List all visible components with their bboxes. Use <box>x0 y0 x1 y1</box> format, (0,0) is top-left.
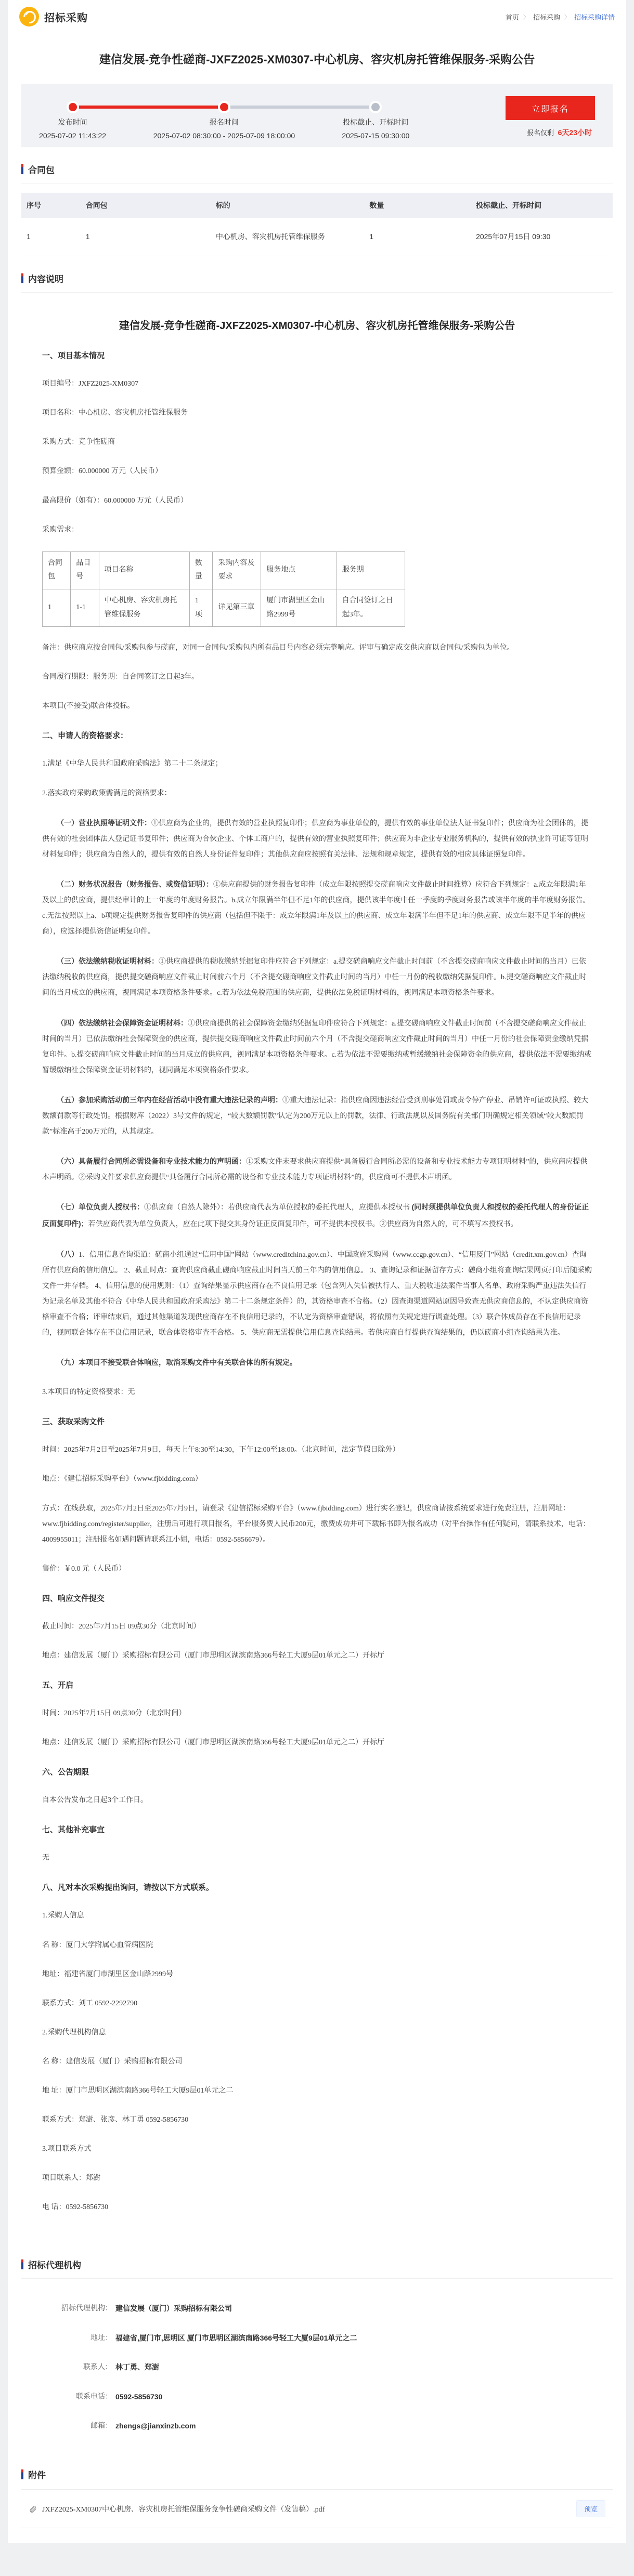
doc-paragraph: 名 称：厦门大学附属心血管病医院 <box>42 1938 592 1953</box>
timeline-step-signup: 报名时间 2025-07-02 08:30:00 - 2025-07-09 18… <box>153 117 295 140</box>
doc-text-segment: 时间：2025年7月15日 09点30分（北京时间） <box>42 1710 186 1717</box>
doc-text-segment: 本项目(不接受)联合体投标。 <box>42 702 134 710</box>
timeline-step-label: 投标截止、开标时间 <box>342 117 409 127</box>
doc-paragraph: 方式：在线获取，2025年7月2日至2025年7月9日，请登录《建信招标采购平台… <box>42 1501 592 1548</box>
timeline-dot-publish <box>69 103 77 111</box>
section-content: 内容说明 建信发展-竞争性磋商-JXFZ2025-XM0307-中心机房、容灾机… <box>21 256 613 2242</box>
doc-text-segment: 无 <box>42 1854 49 1862</box>
doc-table: 合同包品目号项目名称数量采购内容及要求服务地点服务期11-1中心机房、容灾机房托… <box>42 551 405 627</box>
agency-row: 邮箱：zhengs@jianxinzb.com <box>21 2420 613 2432</box>
timeline-step-publish: 发布时间 2025-07-02 11:43:22 <box>39 117 106 140</box>
doc-text-segment: 最高限价（如有）：60.000000 万元（人民币） <box>42 497 188 505</box>
doc-text-segment: （一）营业执照等证明文件： <box>57 819 151 827</box>
doc-text-segment: ；若供应商代表为单位负责人，应在此项下提交其身份证正反面复印件，可不提供本授权书… <box>81 1220 518 1228</box>
content-section-title: 内容说明 <box>21 272 613 285</box>
doc-text-segment: ①供应商（自然人除外）：若供应商代表为单位授权的委托代理人，应提供本授权书 <box>144 1204 412 1212</box>
agency-row: 联系人：林丁勇、郑澍 <box>21 2361 613 2373</box>
doc-paragraph: （五）参加采购活动前三年内在经营活动中没有重大违法记录的声明：①重大违法记录：指… <box>42 1092 592 1140</box>
doc-text-segment: ①供应商提供的财务报告复印件（成立年限按照提交磋商响应文件截止时间推算）应符合下… <box>42 881 590 936</box>
doc-table-cell: 中心机房、容灾机房托管维保服务 <box>99 589 189 626</box>
breadcrumb-item-bidding[interactable]: 招标采购 <box>533 12 560 22</box>
section-label: 合同包 <box>28 163 55 176</box>
doc-text-segment: 合同履行期限：服务期：自合同签订之日起3年。 <box>42 673 199 681</box>
doc-text-segment: 项目联系人：郑澍 <box>42 2174 100 2182</box>
contract-table: 序号合同包标的数量投标截止、开标时间 11中心机房、容灾机房托管维保服务1202… <box>21 193 613 256</box>
attachment-row: JXFZ2025-XM0307中心机房、容灾机房托管维保服务竞争性磋商采购文件（… <box>21 2489 613 2528</box>
doc-paragraph: （四）依法缴纳社会保障资金证明材料：①供应商提供的社会保障资金缴纳凭据复印件应符… <box>42 1015 592 1079</box>
contract-table-header-cell: 标的 <box>211 193 365 218</box>
doc-text-segment: （八） <box>57 1250 79 1258</box>
doc-paragraph: 最高限价（如有）：60.000000 万元（人民币） <box>42 493 592 509</box>
doc-text-segment: 备注：供应商应按合同包/采购包参与磋商，对同一合同包/采购包内所有品目号内容必须… <box>42 644 514 652</box>
section-bar-icon <box>21 2259 23 2269</box>
contract-table-header-cell: 合同包 <box>81 193 211 218</box>
doc-paragraph: （七）单位负责人授权书：①供应商（自然人除外）：若供应商代表为单位授权的委托代理… <box>42 1199 592 1232</box>
timeline-track: 发布时间 2025-07-02 11:43:22 报名时间 2025-07-02… <box>37 84 483 147</box>
document-title: 建信发展-竞争性磋商-JXFZ2025-XM0307-中心机房、容灾机房托管维保… <box>42 318 592 334</box>
doc-paragraph: 备注：供应商应按合同包/采购包参与磋商，对同一合同包/采购包内所有品目号内容必须… <box>42 640 592 656</box>
doc-table-cell: 1-1 <box>71 589 99 626</box>
doc-paragraph: 地址：福建省厦门市湖里区金山路2999号 <box>42 1967 592 1982</box>
doc-text-segment: 项目编号：JXFZ2025-XM0307 <box>42 380 138 388</box>
doc-paragraph: （六）具备履行合同所必需设备和专业技术能力的声明函：①采购文件未要求供应商提供“… <box>42 1153 592 1186</box>
signup-remaining: 报名仅剩 6天23小时 <box>527 127 592 138</box>
doc-paragraph: 2.采购代理机构信息 <box>42 2025 592 2041</box>
contract-table-row: 11中心机房、容灾机房托管维保服务12025年07月15日 09:30 <box>21 218 613 256</box>
doc-text-segment: 联系方式：刘工 0592-2292790 <box>42 2000 137 2007</box>
agency-row: 地址：福建省,厦门市,思明区 厦门市思明区湖滨南路366号轻工大厦9层01单元之… <box>21 2332 613 2344</box>
doc-table-header-cell: 品目号 <box>71 551 99 589</box>
doc-text-segment: （六）具备履行合同所必需设备和专业技术能力的声明函： <box>57 1157 246 1165</box>
doc-paragraph: 3.项目联系方式 <box>42 2141 592 2157</box>
contract-table-cell: 中心机房、容灾机房托管维保服务 <box>211 218 365 256</box>
doc-text-segment: 1.满足《中华人民共和国政府采购法》第二十二条规定； <box>42 760 223 768</box>
doc-table-header-cell: 服务地点 <box>261 551 337 589</box>
doc-heading: 五、开启 <box>42 1679 592 1690</box>
agency-row-label: 地址： <box>21 2332 112 2344</box>
doc-paragraph: 地 址：厦门市思明区湖滨南路366号轻工大厦9层01单元之二 <box>42 2083 592 2099</box>
doc-heading: 七、其他补充事宜 <box>42 1824 592 1835</box>
doc-text-segment: 方式：在线获取，2025年7月2日至2025年7月9日，请登录《建信招标采购平台… <box>42 1505 590 1544</box>
doc-text-segment: 名 称：建信发展（厦门）采购招标有限公司 <box>42 2058 183 2066</box>
doc-table-header-cell: 服务期 <box>337 551 405 589</box>
section-bar-icon <box>21 2469 23 2479</box>
timeline-step-time: 2025-07-02 08:30:00 - 2025-07-09 18:00:0… <box>153 132 295 140</box>
breadcrumb-separator: 〉 <box>564 12 570 21</box>
agency-rows: 招标代理机构：建信发展（厦门）采购招标有限公司地址：福建省,厦门市,思明区 厦门… <box>21 2279 613 2452</box>
contract-table-cell: 1 <box>21 218 81 256</box>
doc-heading: 二、申请人的资格要求： <box>42 730 592 741</box>
section-agency: 招标代理机构 招标代理机构：建信发展（厦门）采购招标有限公司地址：福建省,厦门市… <box>21 2242 613 2452</box>
contract-table-header-cell: 投标截止、开标时间 <box>471 193 613 218</box>
doc-paragraph: 联系方式：刘工 0592-2292790 <box>42 1996 592 2012</box>
doc-paragraph: 合同履行期限：服务期：自合同签订之日起3年。 <box>42 669 592 685</box>
section-bar-icon <box>21 273 23 283</box>
doc-text-segment: 自本公告发布之日起3个工作日。 <box>42 1796 148 1804</box>
timeline-dot-signup <box>220 103 228 111</box>
attachment-section-title: 附件 <box>21 2468 613 2481</box>
agency-row-value: 林丁勇、郑澍 <box>115 2361 159 2373</box>
doc-paragraph: （三）依法缴纳税收证明材料：①供应商提供的税收缴纳凭据复印件应符合下列规定：a.… <box>42 953 592 1001</box>
doc-paragraph: （八）1、信用信息查询渠道：磋商小组通过“信用中国”网站（www.creditc… <box>42 1246 592 1342</box>
timeline-dot-open <box>371 103 380 111</box>
doc-text-segment: 地点：建信发展（厦门）采购招标有限公司（厦门市思明区湖滨南路366号轻工大厦9层… <box>42 1739 384 1746</box>
doc-text-segment: （四）依法缴纳社会保障资金证明材料： <box>57 1019 188 1027</box>
timeline-segment-inactive <box>224 106 376 109</box>
doc-paragraph: 项目名称：中心机房、容灾机房托管维保服务 <box>42 405 592 421</box>
agency-row: 招标代理机构：建信发展（厦门）采购招标有限公司 <box>21 2303 613 2314</box>
contract-table-cell: 1 <box>81 218 211 256</box>
doc-table-header-row: 合同包品目号项目名称数量采购内容及要求服务地点服务期 <box>43 551 405 589</box>
timeline-step-label: 发布时间 <box>39 117 106 127</box>
doc-text-segment: （三）依法缴纳税收证明材料： <box>57 957 159 965</box>
section-bar-icon <box>21 164 23 174</box>
agency-row-value: zhengs@jianxinzb.com <box>115 2420 196 2432</box>
contract-table-cell: 1 <box>364 218 471 256</box>
signup-remaining-label: 报名仅剩 <box>527 129 554 137</box>
doc-text-segment: ①供应商提供的社会保障资金缴纳凭据复印件应符合下列规定：a.提交磋商响应文件截止… <box>42 1020 591 1074</box>
header-brand: 招标采购 <box>19 7 88 27</box>
breadcrumb-item-home[interactable]: 首页 <box>506 12 519 22</box>
signup-remaining-value: 6天23小时 <box>558 128 592 137</box>
agency-section-title: 招标代理机构 <box>21 2258 613 2271</box>
doc-paragraph: 电 话：0592-5856730 <box>42 2200 592 2215</box>
contract-table-body: 11中心机房、容灾机房托管维保服务12025年07月15日 09:30 <box>21 218 613 256</box>
doc-paragraph: （九）本项目不接受联合体响应，取消采购文件中有关联合体的所有规定。 <box>42 1355 592 1371</box>
doc-text-segment: 2.采购代理机构信息 <box>42 2029 106 2036</box>
site-logo-text: 招标采购 <box>44 9 88 24</box>
document-body: 建信发展-竞争性磋商-JXFZ2025-XM0307-中心机房、容灾机房托管维保… <box>21 293 613 2242</box>
timeline-panel: 发布时间 2025-07-02 11:43:22 报名时间 2025-07-02… <box>21 84 613 147</box>
page-header: 招标采购 首页 〉 招标采购 〉 招标采购详情 <box>8 0 626 33</box>
doc-table-cell: 详见第三章 <box>213 589 261 626</box>
doc-table-header-cell: 数量 <box>189 551 213 589</box>
doc-paragraph: 时间：2025年7月2日至2025年7月9日，每天上午8:30至14:30，下午… <box>42 1442 592 1458</box>
contract-section-title: 合同包 <box>21 163 613 176</box>
doc-heading: 三、获取采购文件 <box>42 1416 592 1427</box>
breadcrumb-item-detail: 招标采购详情 <box>574 12 615 22</box>
contract-table-header-cell: 数量 <box>364 193 471 218</box>
breadcrumb: 首页 〉 招标采购 〉 招标采购详情 <box>506 12 615 22</box>
doc-paragraph: 名 称：建信发展（厦门）采购招标有限公司 <box>42 2054 592 2070</box>
doc-paragraph: 采购需求： <box>42 522 592 538</box>
doc-paragraph: 截止时间：2025年7月15日 09点30分（北京时间） <box>42 1619 592 1635</box>
doc-text-segment: （七）单位负责人授权书： <box>57 1203 144 1211</box>
doc-paragraph: 预算金额：60.000000 万元（人民币） <box>42 464 592 479</box>
section-attachment: 附件 JXFZ2025-XM0307中心机房、容灾机房托管维保服务竞争性磋商采购… <box>21 2452 613 2528</box>
doc-text-segment: 预算金额：60.000000 万元（人民币） <box>42 467 162 475</box>
timeline-step-time: 2025-07-15 09:30:00 <box>342 132 409 140</box>
divider <box>21 183 613 183</box>
doc-table-header-cell: 合同包 <box>43 551 71 589</box>
doc-paragraph: 1.采购人信息 <box>42 1908 592 1924</box>
agency-row-label: 联系人： <box>21 2361 112 2373</box>
doc-table-header-cell: 采购内容及要求 <box>213 551 261 589</box>
doc-paragraph: 地点：建信发展（厦门）采购招标有限公司（厦门市思明区湖滨南路366号轻工大厦9层… <box>42 1735 592 1751</box>
doc-text-segment: 采购方式：竞争性磋商 <box>42 438 115 446</box>
agency-row-value: 0592-5856730 <box>115 2391 162 2402</box>
section-label: 附件 <box>28 2468 46 2481</box>
doc-table-row: 11-1中心机房、容灾机房托管维保服务1 项详见第三章厦门市湖里区金山路2999… <box>43 589 405 626</box>
timeline-step-open: 投标截止、开标时间 2025-07-15 09:30:00 <box>342 117 409 140</box>
paperclip-icon <box>29 2505 37 2513</box>
doc-paragraph: 时间：2025年7月15日 09点30分（北京时间） <box>42 1706 592 1721</box>
contract-table-cell: 2025年07月15日 09:30 <box>471 218 613 256</box>
site-logo-icon[interactable] <box>19 7 39 27</box>
doc-text-segment: 3.本项目的特定资格要求：无 <box>42 1388 135 1396</box>
signup-button[interactable]: 立即报名 <box>506 96 595 120</box>
doc-paragraph: 采购方式：竞争性磋商 <box>42 435 592 450</box>
doc-text-segment: 采购需求： <box>42 526 79 534</box>
doc-text-segment: 售价：￥0.0 元（人民币） <box>42 1565 126 1573</box>
agency-row-value: 建信发展（厦门）采购招标有限公司 <box>115 2303 232 2314</box>
doc-paragraph: 地点：《建信招标采购平台》（www.fjbidding.com） <box>42 1471 592 1487</box>
doc-text-segment: 地址：福建省厦门市湖里区金山路2999号 <box>42 1970 173 1978</box>
doc-text-segment: 1.采购人信息 <box>42 1912 84 1920</box>
doc-paragraph: 自本公告发布之日起3个工作日。 <box>42 1793 592 1808</box>
doc-heading: 一、项目基本情况 <box>42 350 592 361</box>
doc-heading: 四、响应文件提交 <box>42 1593 592 1604</box>
page-title: 建信发展-竞争性磋商-JXFZ2025-XM0307-中心机房、容灾机房托管维保… <box>39 51 595 68</box>
contract-table-header-row: 序号合同包标的数量投标截止、开标时间 <box>21 193 613 218</box>
section-label: 招标代理机构 <box>28 2258 81 2271</box>
doc-table-cell: 1 <box>43 589 71 626</box>
doc-paragraph: 无 <box>42 1850 592 1866</box>
doc-paragraph: （一）营业执照等证明文件：①供应商为企业的，提供有效的营业执照复印件；供应商为事… <box>42 815 592 863</box>
breadcrumb-separator: 〉 <box>523 12 529 21</box>
doc-text-segment: （九）本项目不接受联合体响应，取消采购文件中有关联合体的所有规定。 <box>57 1358 297 1366</box>
timeline-step-label: 报名时间 <box>153 117 295 127</box>
section-label: 内容说明 <box>28 272 63 285</box>
footer-space <box>0 2543 634 2576</box>
doc-text-segment: 联系方式：郑澍、张彦、林丁勇 0592-5856730 <box>42 2116 188 2124</box>
doc-paragraph: 3.本项目的特定资格要求：无 <box>42 1385 592 1400</box>
doc-paragraph: 1.满足《中华人民共和国政府采购法》第二十二条规定； <box>42 756 592 772</box>
doc-text-segment: （五）参加采购活动前三年内在经营活动中没有重大违法记录的声明： <box>57 1096 282 1104</box>
doc-paragraph: 地点：建信发展（厦门）采购招标有限公司（厦门市思明区湖滨南路366号轻工大厦9层… <box>42 1648 592 1664</box>
doc-heading: 六、公告期限 <box>42 1766 592 1777</box>
main-card: 招标采购 首页 〉 招标采购 〉 招标采购详情 建信发展-竞争性磋商-JXFZ2… <box>8 0 626 2543</box>
doc-table-cell: 厦门市湖里区金山路2999号 <box>261 589 337 626</box>
preview-button[interactable]: 预览 <box>576 2500 605 2517</box>
doc-text-segment: 2.落实政府采购政策需满足的资格要求： <box>42 790 172 797</box>
agency-row-label: 联系电话： <box>21 2391 112 2402</box>
contract-table-header-cell: 序号 <box>21 193 81 218</box>
doc-text-segment: 时间：2025年7月2日至2025年7月9日，每天上午8:30至14:30，下午… <box>42 1446 400 1454</box>
attachment-file-name: JXFZ2025-XM0307中心机房、容灾机房托管维保服务竞争性磋商采购文件（… <box>42 2504 576 2514</box>
document-blocks: 一、项目基本情况项目编号：JXFZ2025-XM0307项目名称：中心机房、容灾… <box>42 350 592 2215</box>
doc-paragraph: 本项目(不接受)联合体投标。 <box>42 699 592 714</box>
doc-paragraph: 项目编号：JXFZ2025-XM0307 <box>42 376 592 392</box>
agency-row-label: 邮箱： <box>21 2420 112 2432</box>
doc-paragraph: 2.落实政府采购政策需满足的资格要求： <box>42 786 592 801</box>
agency-row: 联系电话：0592-5856730 <box>21 2391 613 2402</box>
doc-text-segment: 地 址：厦门市思明区湖滨南路366号轻工大厦9层01单元之二 <box>42 2087 234 2095</box>
doc-table-cell: 自合同签订之日起3年。 <box>337 589 405 626</box>
doc-text-segment: 地点：《建信招标采购平台》（www.fjbidding.com） <box>42 1475 202 1483</box>
doc-table-cell: 1 项 <box>189 589 213 626</box>
doc-text-segment: 项目名称：中心机房、容灾机房托管维保服务 <box>42 409 188 417</box>
agency-row-value: 福建省,厦门市,思明区 厦门市思明区湖滨南路366号轻工大厦9层01单元之二 <box>115 2332 357 2344</box>
doc-table-header-cell: 项目名称 <box>99 551 189 589</box>
doc-text-segment: （二）财务状况报告（财务报告、或资信证明）： <box>57 880 213 888</box>
section-contract: 合同包 序号合同包标的数量投标截止、开标时间 11中心机房、容灾机房托管维保服务… <box>21 147 613 256</box>
doc-heading: 八、凡对本次采购提出询问，请按以下方式联系。 <box>42 1882 592 1892</box>
timeline-step-time: 2025-07-02 11:43:22 <box>39 132 106 140</box>
agency-row-label: 招标代理机构： <box>21 2303 112 2314</box>
doc-paragraph: 售价：￥0.0 元（人民币） <box>42 1561 592 1577</box>
doc-text-segment: 名 称：厦门大学附属心血管病医院 <box>42 1941 153 1949</box>
doc-text-segment: 电 话：0592-5856730 <box>42 2203 108 2211</box>
doc-text-segment: 1、信用信息查询渠道：磋商小组通过“信用中国”网站（www.creditchin… <box>42 1251 592 1337</box>
doc-text-segment: 地点：建信发展（厦门）采购招标有限公司（厦门市思明区湖滨南路366号轻工大厦9层… <box>42 1652 384 1660</box>
doc-text-segment: 3.项目联系方式 <box>42 2145 92 2153</box>
doc-paragraph: （二）财务状况报告（财务报告、或资信证明）：①供应商提供的财务报告复印件（成立年… <box>42 876 592 940</box>
doc-paragraph: 项目联系人：郑澍 <box>42 2171 592 2186</box>
doc-text-segment: 截止时间：2025年7月15日 09点30分（北京时间） <box>42 1623 201 1631</box>
timeline-segment-active <box>73 106 224 109</box>
